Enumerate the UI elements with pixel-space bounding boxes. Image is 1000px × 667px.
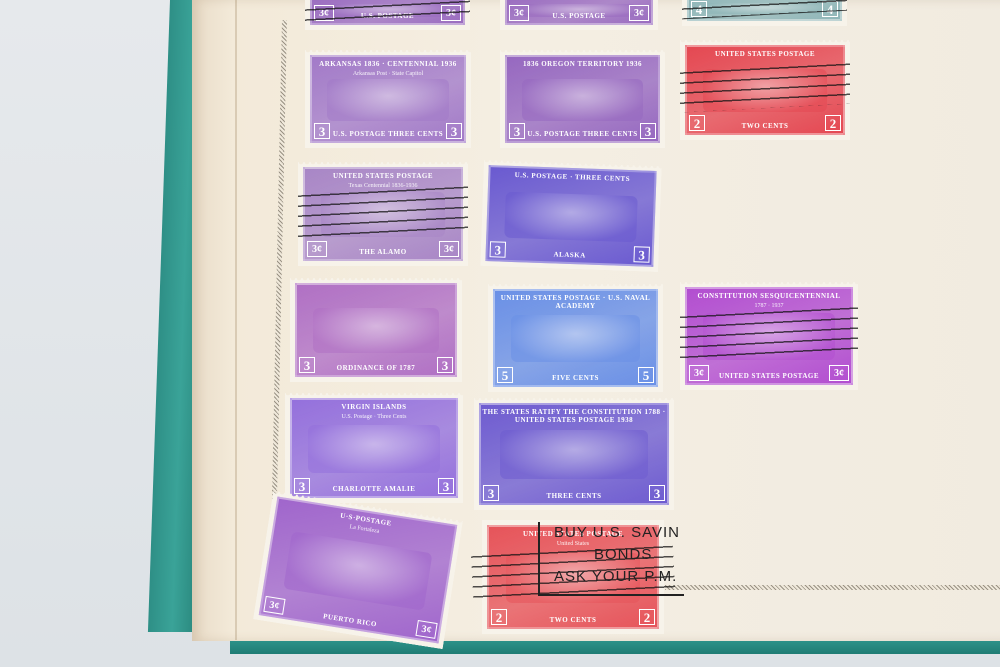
stamp-denomination-left: 5 <box>497 367 513 383</box>
stamp-design: Arkansas 1836 · Centennial 1936Arkansas … <box>310 55 466 143</box>
album-cover-bottom-edge <box>230 640 1000 654</box>
stamp-design: 1836 Oregon Territory 1936U.S. Postage T… <box>505 55 660 143</box>
stamp-denomination-right: 3¢ <box>629 5 649 21</box>
stamp-vignette <box>522 79 643 121</box>
stamp-design: The States Ratify The Constitution 1788 … <box>479 403 669 505</box>
postmark-line: ASK YOUR P.M. <box>554 566 684 588</box>
stamp-denomination-right: 2 <box>825 115 841 131</box>
stamp-denomination-left: 3 <box>299 357 315 373</box>
stamp-denomination-right: 3 <box>438 478 454 494</box>
stamp-vignette <box>505 192 638 243</box>
stamp-bottom-text: The Alamo <box>323 248 443 256</box>
stamp-vignette <box>703 313 834 360</box>
stamp-subtitle: Arkansas Post · State Capitol <box>312 71 464 77</box>
stamp-naval-academy: United States Postage · U.S. Naval Acade… <box>488 284 663 392</box>
stamp-denomination-left: 4 <box>691 1 707 17</box>
stamp-bottom-text: U.S. Postage Three Cents <box>525 130 640 138</box>
stamp-constitution-sesqui: Constitution Sesquicentennial1787 · 1937… <box>680 282 858 390</box>
stamp-bottom-text: Charlotte Amalie <box>310 485 438 493</box>
stamp-denomination-right: 3 <box>649 485 665 501</box>
stamp-denomination-left: 2 <box>491 609 507 625</box>
stamp-vignette <box>703 69 828 112</box>
stamp-top-text: U.S. Postage · Three Cents <box>490 170 654 184</box>
stamp-denomination-left: 3¢ <box>307 241 327 257</box>
stamp-ratify: The States Ratify The Constitution 1788 … <box>474 398 674 510</box>
stamp-army-red: United States PostageTwo Cents22 <box>680 40 850 140</box>
stamp-bottom-text: United States Postage <box>705 372 833 380</box>
stamp-subtitle: U.S. Postage · Three Cents <box>292 414 456 420</box>
postmark-line: BUY U.S. SAVIN <box>554 522 684 544</box>
stamp-top-text: Arkansas 1836 · Centennial 1936 <box>312 60 464 68</box>
stamp-denomination-right: 5 <box>638 367 654 383</box>
stamp-vignette <box>500 430 649 479</box>
stamp-bottom-text: Ordinance of 1787 <box>315 364 437 372</box>
stamp-design: Constitution Sesquicentennial1787 · 1937… <box>685 287 853 385</box>
stamp-design: U·S·PostageLa FortalezaPuerto Rico3¢3¢ <box>259 497 458 644</box>
stamp-denomination-right: 3¢ <box>441 5 461 21</box>
stamp-denomination-right: 4 <box>822 1 838 17</box>
stamp-bottom-text: Two Cents <box>507 616 639 624</box>
stamp-arkansas: Arkansas 1836 · Centennial 1936Arkansas … <box>305 50 471 148</box>
stamp-design: United States PostageTwo Cents22 <box>685 45 845 135</box>
stamp-denomination-left: 3 <box>509 123 525 139</box>
stamp-bottom-text: Alaska <box>506 249 634 261</box>
stamp-vignette <box>308 425 439 473</box>
stamp-top-text: The States Ratify The Constitution 1788 … <box>481 408 667 424</box>
stamp-design: U.S. Postage · Three CentsAlaska33 <box>485 165 656 267</box>
stamp-vignette <box>511 315 640 362</box>
stamp-denomination-right: 3 <box>633 246 650 263</box>
stamp-top-mid-partial: U.S. Postage3¢3¢ <box>500 0 658 30</box>
stamp-design: 44 <box>687 0 842 21</box>
stamp-denomination-right: 3¢ <box>415 620 437 639</box>
stamp-denomination-right: 3¢ <box>439 241 459 257</box>
stamp-bottom-text: U.S. Postage Three Cents <box>330 130 446 138</box>
page-border-horizontal <box>665 585 1000 590</box>
stamp-denomination-right: 3 <box>640 123 656 139</box>
stamp-top-left-partial: U.S. Postage3¢3¢ <box>305 0 470 30</box>
stamp-top-text: United States Postage · U.S. Naval Acade… <box>495 294 656 310</box>
stamp-bottom-text: Five Cents <box>513 374 638 382</box>
stamp-top-text: 1836 Oregon Territory 1936 <box>507 60 658 68</box>
stamp-design: U.S. Postage3¢3¢ <box>505 0 653 25</box>
stamp-denomination-left: 3 <box>294 478 310 494</box>
stamp-top-text: United States Postage <box>687 50 843 58</box>
stamp-denomination-right: 3¢ <box>829 365 849 381</box>
stamp-design: United States Postage · U.S. Naval Acade… <box>493 289 658 387</box>
stamp-vignette <box>283 531 433 611</box>
stamp-bottom-text: Two Cents <box>705 122 825 130</box>
stamp-denomination-right: 3 <box>446 123 462 139</box>
stamp-denomination-left: 3¢ <box>314 5 334 21</box>
stamp-denomination-left: 2 <box>689 115 705 131</box>
stamp-bottom-text: U.S. Postage <box>330 12 445 20</box>
stamp-navy-red: United States PostageUnited StatesTwo Ce… <box>482 520 664 634</box>
stamp-vignette <box>321 192 446 237</box>
stamp-subtitle: Texas Centennial 1836-1936 <box>305 183 461 189</box>
stamp-top-text: Virgin Islands <box>292 403 456 411</box>
stamp-subtitle: 1787 · 1937 <box>687 303 851 309</box>
page-gutter <box>235 0 237 640</box>
stamp-denomination-left: 3¢ <box>263 596 285 615</box>
stamp-design: United States PostageTexas Centennial 18… <box>303 167 463 261</box>
stamp-vignette <box>313 308 439 353</box>
stamp-top-text: United States Postage <box>305 172 461 180</box>
postmark-slogan: BUY U.S. SAVINBONDSASK YOUR P.M. <box>538 522 684 596</box>
stamp-vignette <box>327 79 449 121</box>
stamp-texas: United States PostageTexas Centennial 18… <box>298 162 468 266</box>
stamp-top-right-partial: 44 <box>682 0 847 26</box>
stamp-bottom-text: Three Cents <box>499 492 649 500</box>
stamp-oregon: 1836 Oregon Territory 1936U.S. Postage T… <box>500 50 665 148</box>
postmark-line: BONDS <box>554 544 684 566</box>
stamp-denomination-right: 3 <box>437 357 453 373</box>
stamp-denomination-left: 3¢ <box>509 5 529 21</box>
stamp-vignette <box>704 3 825 14</box>
stamp-alaska: U.S. Postage · Three CentsAlaska33 <box>480 160 662 272</box>
stamp-bottom-text: U.S. Postage <box>525 12 633 20</box>
stamp-denomination-right: 2 <box>639 609 655 625</box>
stamp-denomination-left: 3¢ <box>689 365 709 381</box>
stamp-design: Virgin IslandsU.S. Postage · Three Cents… <box>290 398 458 498</box>
stamp-ordinance: Ordinance of 178733 <box>290 278 462 382</box>
stamp-denomination-left: 3 <box>314 123 330 139</box>
stamp-design: U.S. Postage3¢3¢ <box>310 0 465 25</box>
stamp-design: Ordinance of 178733 <box>295 283 457 377</box>
stamp-top-text: Constitution Sesquicentennial <box>687 292 851 300</box>
stamp-virgin-islands: Virgin IslandsU.S. Postage · Three Cents… <box>285 393 463 503</box>
stamp-denomination-left: 3 <box>490 241 507 258</box>
stamp-denomination-left: 3 <box>483 485 499 501</box>
